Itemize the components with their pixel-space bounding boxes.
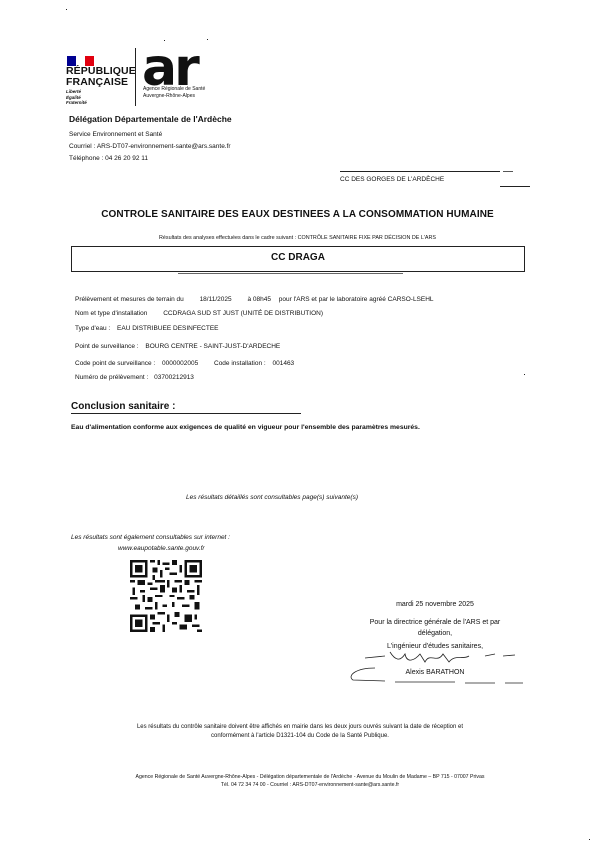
prelevement-by: pour l'ARS et par le laboratoire agréé C… [279,296,434,303]
numero-label: Numéro de prélèvement : [75,374,148,381]
logo-separator [135,48,136,106]
signature-date: mardi 25 novembre 2025 [330,601,540,608]
numero-value: 03700212913 [154,374,194,381]
conclusion-text: Eau d'alimentation conforme aux exigence… [71,424,420,431]
detail-type-eau: Type d'eau : EAU DISTRIBUEE DESINFECTEE [75,325,219,332]
document-title: CONTROLE SANITAIRE DES EAUX DESTINEES A … [0,209,595,220]
scan-speck [589,839,590,840]
contact-phone: Téléphone : 04 26 20 92 11 [69,155,148,162]
scan-speck [164,40,165,41]
signature-line-1: Pour la directrice générale de l'ARS et … [330,619,540,626]
detail-prelevement: Prélèvement et mesures de terrain du 18/… [75,296,434,303]
detailed-results-note: Les résultats détaillés sont consultable… [186,494,358,501]
republique-flag [67,53,95,63]
prelevement-date: 18/11/2025 [200,296,232,303]
detail-installation: Nom et type d'installation CCDRAGA SUD S… [75,310,323,317]
republique-motto: Liberté Égalité Fraternité [66,89,87,106]
republique-francaise-title: RÉPUBLIQUE FRANÇAISE [66,66,136,88]
conclusion-title: Conclusion sanitaire : [71,401,175,412]
detail-code-point: Code point de surveillance : 0000002005 … [75,360,294,367]
scan-speck [207,39,208,40]
contact-email: Courriel : ARS-DT07-environnement-sante@… [69,143,231,150]
type-eau-label: Type d'eau : [75,325,110,332]
legal-notice: Les résultats du contrôle sanitaire doiv… [60,723,540,741]
recipient-name: CC DES GORGES DE L'ARDÈCHE [340,176,444,183]
type-eau-value: EAU DISTRIBUEE DESINFECTEE [117,325,219,332]
internet-url-link[interactable]: www.eaupotable.sante.gouv.fr [118,545,205,552]
detail-numero: Numéro de prélèvement : 03700212913 [75,374,194,381]
point-surveillance-value: BOURG CENTRE - SAINT-JUST-D'ARDECHE [145,343,280,350]
recipient-rule-dash [503,171,513,172]
code-point-label: Code point de surveillance : [75,360,155,367]
recipient-rule-bottom [500,186,530,187]
entity-box-underline [178,273,403,274]
code-point-value: 0000002005 [162,360,198,367]
detail-point-surveillance: Point de surveillance : BOURG CENTRE - S… [75,343,280,350]
conclusion-underline [71,413,301,414]
recipient-rule-top [340,171,500,172]
prelevement-time: à 08h45 [247,296,271,303]
handwritten-signature-icon [345,650,540,685]
prelevement-label: Prélèvement et mesures de terrain du [75,296,184,303]
entity-name: CC DRAGA [71,252,525,263]
installation-value: CCDRAGA SUD ST JUST (UNITÉ DE DISTRIBUTI… [163,310,323,317]
internet-note: Les résultats sont également consultable… [71,534,230,541]
signatory-name: Alexis BARATHON [330,669,540,676]
installation-label: Nom et type d'installation [75,310,147,317]
qr-code-icon[interactable] [130,560,202,632]
code-installation-value: 001463 [272,360,294,367]
signature-line-2: délégation, [330,630,540,637]
point-surveillance-label: Point de surveillance : [75,343,139,350]
scan-speck [524,374,525,375]
ars-logo-subtitle: Agence Régionale de Santé Auvergne-Rhône… [143,86,205,100]
scan-speck [66,9,67,10]
service-name: Service Environnement et Santé [69,131,162,138]
document-subtitle: Résultats des analyses effectuées dans l… [0,235,595,241]
delegation-title: Délégation Départementale de l'Ardèche [69,114,232,124]
page-footer: Agence Régionale de Santé Auvergne-Rhône… [60,773,560,789]
signature-line-3: L'ingénieur d'études sanitaires, [330,643,540,650]
code-installation-label: Code installation : [214,360,266,367]
